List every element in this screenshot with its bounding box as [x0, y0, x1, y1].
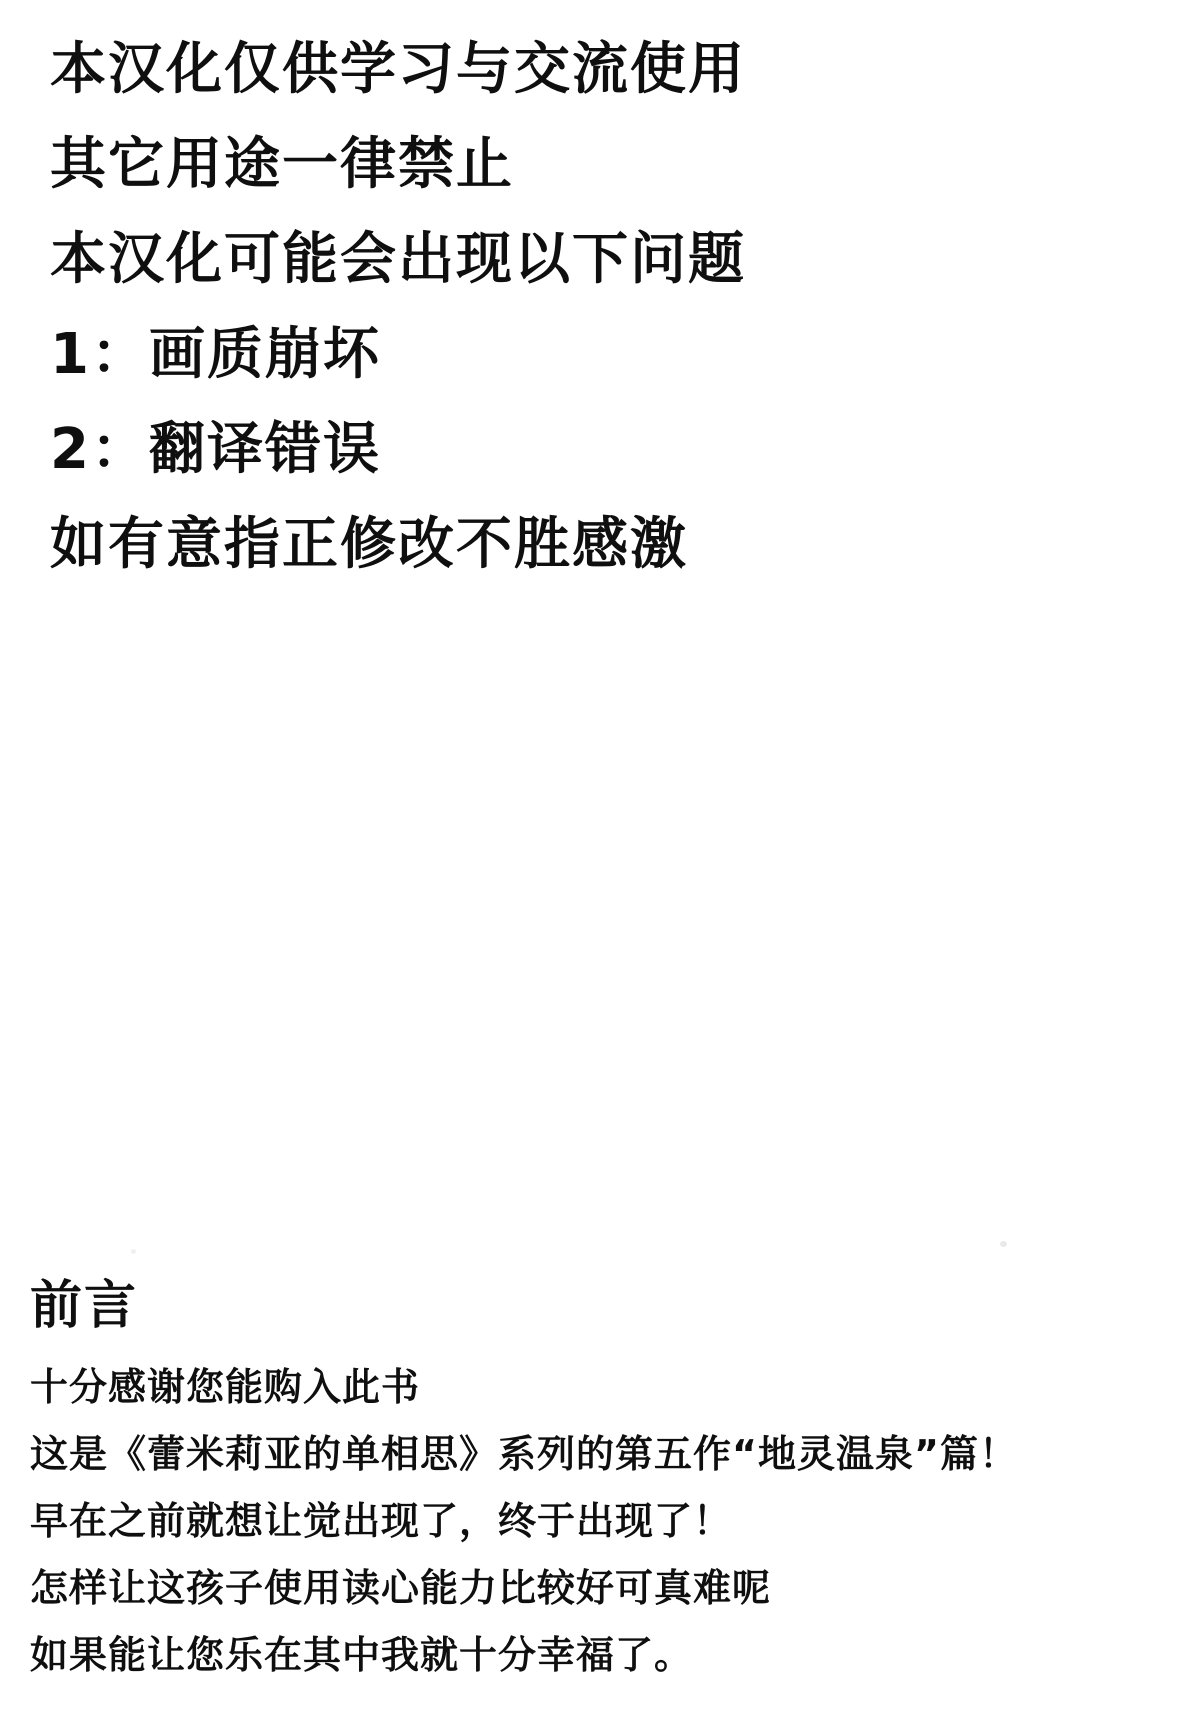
- preface-line-character: 早在之前就想让觉出现了，终于出现了！: [30, 1488, 1190, 1555]
- preface-line-ability: 怎样让这孩子使用读心能力比较好可真难呢: [30, 1555, 1190, 1622]
- disclaimer-notice-block: 本汉化仅供学习与交流使用 其它用途一律禁止 本汉化可能会出现以下问题 1：画质崩…: [50, 22, 1180, 592]
- scan-artifact-speck: [131, 1249, 136, 1254]
- preface-heading: 前言: [30, 1276, 138, 1336]
- notice-line-issue-1: 1：画质崩坏: [50, 307, 1180, 402]
- preface-text-block: 十分感谢您能购入此书 这是《蕾米莉亚的单相思》系列的第五作“地灵温泉”篇！ 早在…: [30, 1354, 1190, 1689]
- preface-line-series: 这是《蕾米莉亚的单相思》系列的第五作“地灵温泉”篇！: [30, 1421, 1190, 1488]
- notice-line-usage: 本汉化仅供学习与交流使用: [50, 22, 1180, 117]
- scanlation-disclaimer-page: 本汉化仅供学习与交流使用 其它用途一律禁止 本汉化可能会出现以下问题 1：画质崩…: [0, 0, 1200, 1730]
- notice-line-issues-intro: 本汉化可能会出现以下问题: [50, 212, 1180, 307]
- notice-line-feedback: 如有意指正修改不胜感激: [50, 497, 1180, 592]
- preface-line-thanks: 十分感谢您能购入此书: [30, 1354, 1190, 1421]
- scan-artifact-speck: [1000, 1241, 1007, 1247]
- notice-line-prohibited: 其它用途一律禁止: [50, 117, 1180, 212]
- notice-line-issue-2: 2：翻译错误: [50, 402, 1180, 497]
- preface-line-enjoy: 如果能让您乐在其中我就十分幸福了。: [30, 1622, 1190, 1689]
